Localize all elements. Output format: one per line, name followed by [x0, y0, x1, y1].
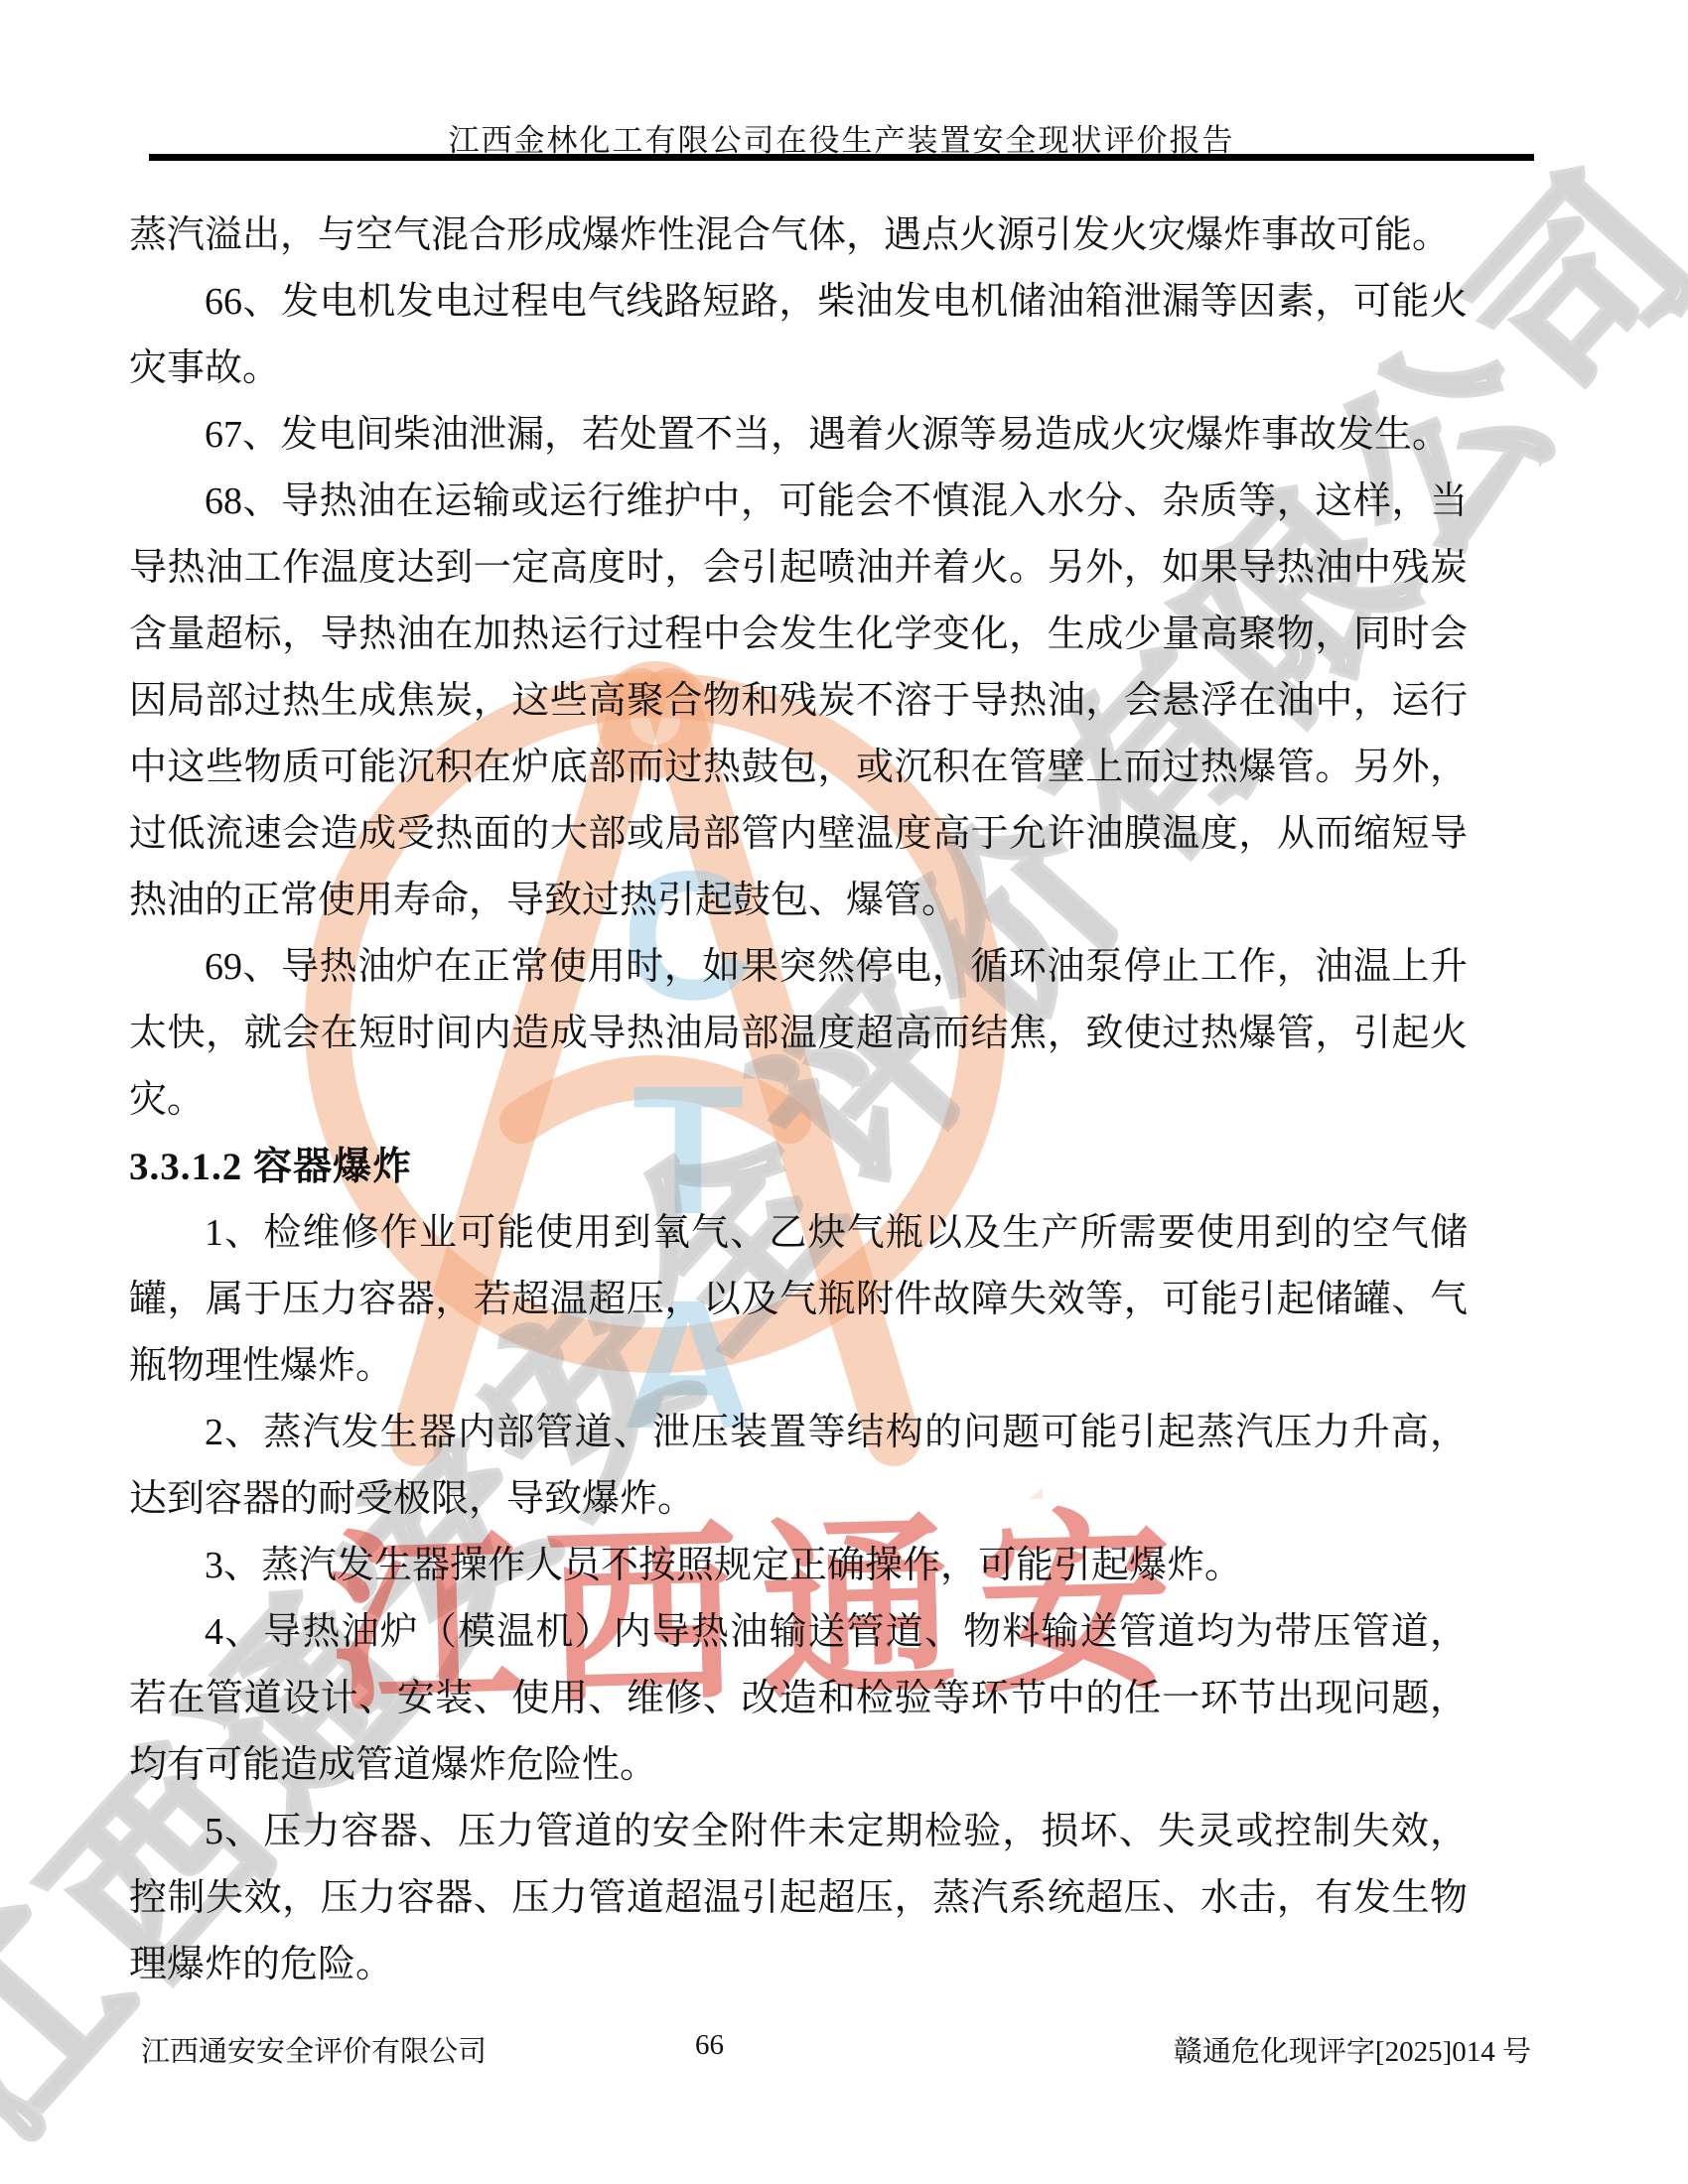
paragraph: 5、压力容器、压力管道的安全附件未定期检验，损坏、失灵或控制失效，控制失效，压力… — [129, 1799, 1468, 1998]
paragraph: 3、蒸汽发生器操作人员不按照规定正确操作，可能引起爆炸。 — [129, 1533, 1468, 1599]
paragraph: 66、发电机发电过程电气线路短路，柴油发电机储油箱泄漏等因素，可能火灾事故。 — [129, 269, 1468, 402]
body-text: 蒸汽溢出，与空气混合形成爆炸性混合气体，遇点火源引发火灾爆炸事故可能。 66、发… — [129, 203, 1468, 1998]
paragraph: 2、蒸汽发生器内部管道、泄压装置等结构的问题可能引起蒸汽压力升高，达到容器的耐受… — [129, 1400, 1468, 1533]
paragraph: 1、检维修作业可能使用到氧气、乙炔气瓶以及生产所需要使用到的空气储罐，属于压力容… — [129, 1200, 1468, 1400]
footer-document-number: 赣通危化现评字[2025]014 号 — [1174, 2029, 1531, 2070]
paragraph: 69、导热油炉在正常使用时，如果突然停电，循环油泵停止工作，油温上升太快，就会在… — [129, 934, 1468, 1134]
page-content: 江西金林化工有限公司在役生产装置安全现状评价报告 蒸汽溢出，与空气混合形成爆炸性… — [0, 0, 1688, 2184]
footer-company-name: 江西通安安全评价有限公司 — [141, 2029, 487, 2070]
paragraph: 68、导热油在运输或运行维护中，可能会不慎混入水分、杂质等，这样，当导热油工作温… — [129, 469, 1468, 934]
paragraph: 蒸汽溢出，与空气混合形成爆炸性混合气体，遇点火源引发火灾爆炸事故可能。 — [129, 203, 1468, 269]
section-heading: 3.3.1.2 容器爆炸 — [129, 1134, 1468, 1200]
paragraph: 4、导热油炉（模温机）内导热油输送管道、物料输送管道均为带压管道，若在管道设计、… — [129, 1599, 1468, 1799]
header-divider — [149, 154, 1534, 161]
footer-page-number: 66 — [695, 2029, 724, 2062]
paragraph: 67、发电间柴油泄漏，若处置不当，遇着火源等易造成火灾爆炸事故发生。 — [129, 402, 1468, 469]
report-page: CTA 江西通安安全评价有限公司 江西通安 江西金林化工有限公司在役生产装置安全… — [0, 0, 1688, 2184]
